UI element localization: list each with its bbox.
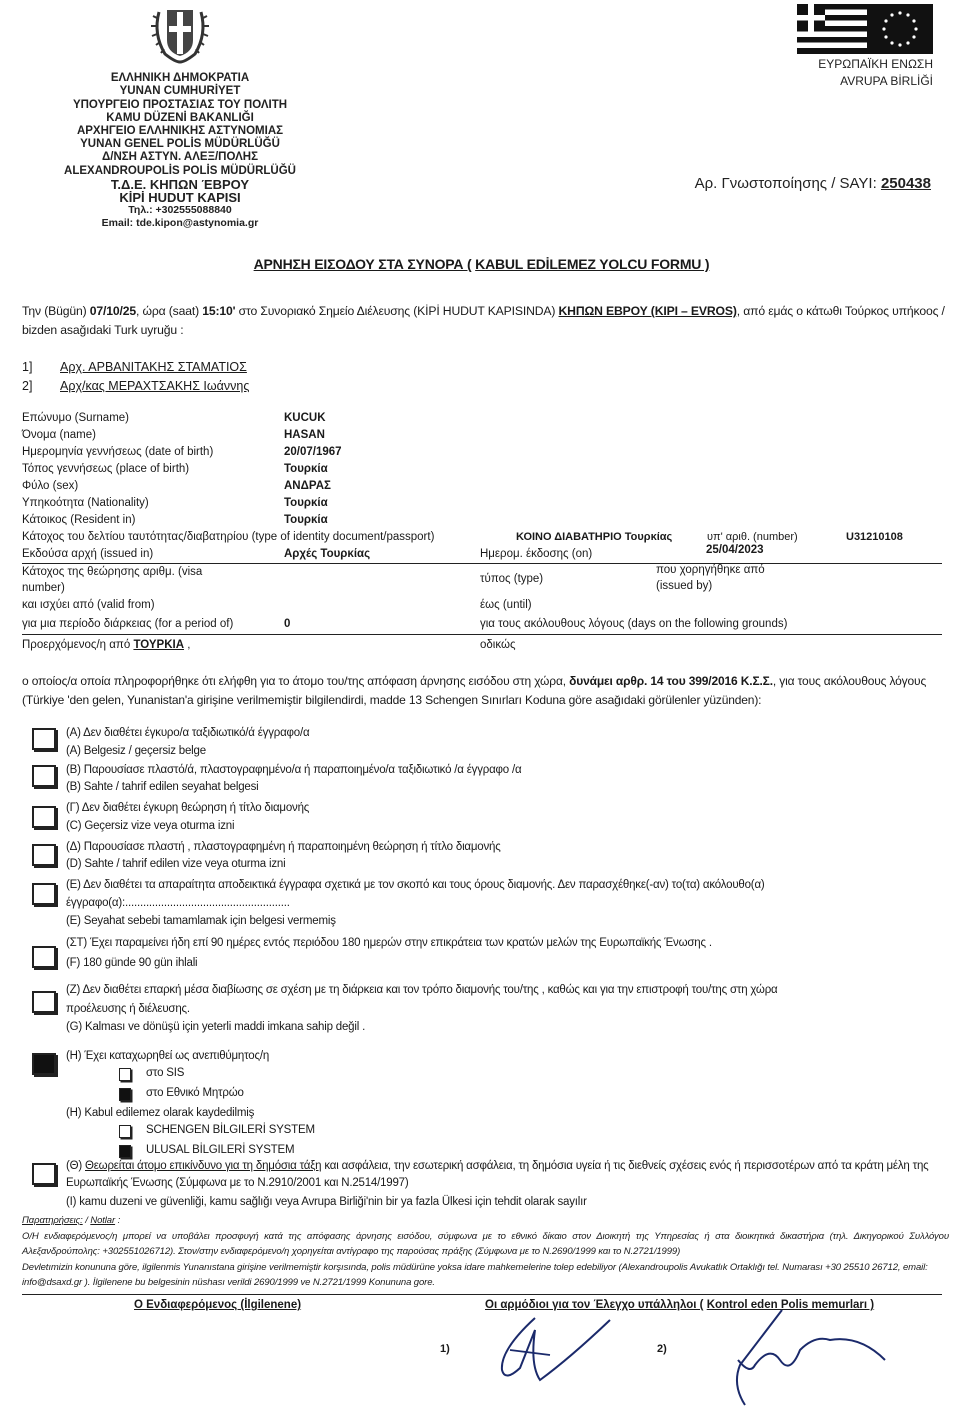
officer-1-signature-icon (490, 1310, 620, 1385)
reason-intro-text: ο οποίος/α οποία πληροφορήθηκε ότι ελήφθ… (22, 674, 569, 688)
officer-name: Αρχ/κας ΜΕΡΑΧΤΣΑΚΗΣ Ιωάννης (60, 379, 249, 393)
sex-value: ΑΝΔΡΑΣ (284, 478, 331, 495)
pob-label: Τόπος γεννήσεως (place of birth) (22, 461, 189, 478)
eu-logo: ΕΥΡΩΠΑΪΚΗ ΕΝΩΣΗ AVRUPA BİRLİĞİ (793, 4, 933, 88)
intro-date: 07/10/25 (90, 304, 136, 318)
intro-place: ΚΗΠΩΝ ΕΒΡΟΥ (ΚΙΡΙ – EVROS) (559, 304, 737, 318)
reason-b-greek: (Β) Παρουσίασε πλαστό/ά, πλαστογραφημένο… (66, 762, 521, 779)
document-title: ΑΡΝΗΣΗ ΕΙΣΟΔΟΥ ΣΤΑ ΣΥΝΟΡΑ ( KABUL EDİLEM… (0, 256, 963, 272)
header-email: Email: tde.kipon@astynomia.gr (30, 217, 330, 230)
period-label: για μια περίοδο διάρκειας (for a period … (22, 616, 233, 633)
reason-intro-paragraph: ο οποίος/α οποία πληροφορήθηκε ότι ελήφθ… (22, 672, 949, 710)
dob-value: 20/07/1967 (284, 444, 342, 461)
reason-a-checkbox[interactable] (32, 728, 56, 750)
period-value: 0 (284, 616, 290, 633)
interested-party-label: Ο Ενδιαφερόμενος (İlgilenene) (134, 1299, 301, 1311)
notes-greek-text: Ο/Η ενδιαφερόμενος/η μπορεί να υποβάλει … (22, 1229, 949, 1260)
reason-g-greek: (Ζ) Δεν διαθέτει επαρκή μέσα διαβίωσης σ… (66, 982, 777, 999)
notes-heading-end: : (115, 1215, 120, 1226)
header-line: Δ/ΝΣΗ ΑΣΤΥΝ. ΑΛΕΞ/ΠΟΛΗΣ (30, 151, 330, 164)
divider (22, 634, 942, 635)
title-turkish: KABUL EDİLEMEZ YOLCU FORMU ) (475, 256, 709, 272)
notes-heading: Παρατηρήσεις: / Notlar : (22, 1213, 949, 1229)
notes-heading-greek: Παρατηρήσεις: (22, 1215, 83, 1226)
officer-name: Αρχ. ΑΡΒΑΝΙΤΑΚΗΣ ΣΤΑΜΑΤΙΟΣ (60, 360, 247, 374)
schengen-system-label: SCHENGEN BİLGILERİ SYSTEM (146, 1122, 315, 1139)
resident-label: Κάτοικος (Resident in) (22, 512, 135, 529)
resident-value: Τουρκία (284, 512, 328, 529)
origin-value: ΤΟΥΡΚΙΑ (133, 639, 184, 651)
signature-2-index: 2) (657, 1343, 667, 1355)
document-number-value: U31210108 (846, 529, 903, 546)
reason-c-greek: (Γ) Δεν διαθέτει έγκυρη θεώρηση ή τίτλο … (66, 800, 309, 817)
notice-number-label: Αρ. Γνωστοποίησης / SAYI: (695, 175, 881, 192)
reason-c-checkbox[interactable] (32, 806, 56, 828)
notes-section: Παρατηρήσεις: / Notlar : Ο/Η ενδιαφερόμε… (22, 1213, 949, 1291)
notice-number: Αρ. Γνωστοποίησης / SAYI: 250438 (695, 175, 931, 192)
officer-item: 1]Αρχ. ΑΡΒΑΝΙΤΑΚΗΣ ΣΤΑΜΑΤΙΟΣ (22, 358, 249, 377)
reason-i-emphasis: Θεωρείται άτομο επικίνδυνο για τη δημόσι… (85, 1160, 321, 1172)
reason-f-greek: (ΣΤ) Έχει παραμείνει ήδη επί 90 ημέρες ε… (66, 935, 712, 952)
signature-1-index: 1) (440, 1343, 450, 1355)
header-line: ALEXANDROUPOLİS POLİS MÜDÜRLÜĞÜ (30, 165, 330, 178)
issued-in-value: Αρχές Τουρκίας (284, 546, 370, 563)
reason-a-greek: (Α) Δεν διαθέτει έγκυρο/α ταξιδιωτικό/ά … (66, 725, 309, 742)
reason-e-checkbox[interactable] (32, 883, 56, 905)
officer-2-signature-icon (720, 1305, 920, 1410)
officers-list: 1]Αρχ. ΑΡΒΑΝΙΤΑΚΗΣ ΣΤΑΜΑΤΙΟΣ 2]Αρχ/κας Μ… (22, 358, 249, 396)
reason-d-greek: (Δ) Παρουσίασε πλαστή , πλαστογραφημένη … (66, 839, 501, 856)
visa-type-label: τύπος (type) (480, 571, 543, 588)
intro-text: στο Συνοριακό Σημείο Διέλευσης (KİPİ HUD… (235, 304, 558, 318)
eu-flag-icon (867, 4, 933, 54)
route-value: οδικώς (480, 637, 515, 654)
grounds-label: για τους ακόλουθους λόγους (days on the … (480, 616, 787, 633)
reason-i-greek: (Θ) Θεωρείται άτομο επικίνδυνο για τη δη… (66, 1158, 949, 1192)
sex-label: Φύλο (sex) (22, 478, 78, 495)
reason-f-turkish: (F) 180 günde 90 gün ihlali (66, 955, 197, 972)
officer-index: 1] (22, 358, 60, 377)
visa-issued-by-label-cont: (issued by) (656, 578, 712, 595)
header-line: YUNAN GENEL POLİS MÜDÜRLÜĞÜ (30, 138, 330, 151)
issuing-authority-header: ΕΛΛΗΝΙΚΗ ΔΗΜΟΚΡΑΤΙΑ YUNAN CUMHURİYET ΥΠΟ… (30, 0, 330, 231)
national-register-checkbox[interactable] (119, 1088, 131, 1101)
intro-time: 15:10' (202, 304, 235, 318)
header-line: KİPİ HUDUT KAPISI (30, 191, 330, 204)
signature-divider (22, 1294, 942, 1295)
pob-value: Τουρκία (284, 461, 328, 478)
reason-d-checkbox[interactable] (32, 844, 56, 866)
dob-label: Ημερομηνία γεννήσεως (date of birth) (22, 444, 213, 461)
reason-b-turkish: (B) Sahte / tahrif edilen seyahat belges… (66, 779, 259, 796)
nationality-label: Υπηκοότητα (Nationality) (22, 495, 149, 512)
issue-date-label: Ημερομ. έκδοσης (on) (480, 546, 592, 563)
name-label: Όνομα (name) (22, 427, 96, 444)
surname-value: KUCUK (284, 410, 326, 427)
national-system-label: ULUSAL BİLGILERİ SYSTEM (146, 1142, 294, 1159)
title-greek: ΑΡΝΗΣΗ ΕΙΣΟΔΟΥ ΣΤΑ ΣΥΝΟΡΑ ( (254, 256, 472, 272)
header-phone: Τηλ.: +302555088840 (30, 204, 330, 217)
name-value: HASAN (284, 427, 325, 444)
intro-paragraph: Την (Bügün) 07/10/25, ώρα (saat) 15:10' … (22, 302, 949, 340)
officer-index: 2] (22, 377, 60, 396)
document-type-label: Κάτοχος του δελτίου ταυτότητας/διαβατηρί… (22, 529, 434, 546)
origin-label: Προερχόμενος/η από (22, 639, 133, 651)
visa-number-label: Κάτοχος της θεώρησης αριθμ. (visa (22, 564, 202, 581)
greek-flag-icon (797, 4, 867, 54)
reason-d-turkish: (D) Sahte / tahrif edilen vize veya otur… (66, 856, 285, 873)
until-label: έως (until) (480, 597, 532, 614)
header-line: KAMU DÜZENİ BAKANLIĞI (30, 112, 330, 125)
visa-issued-by-label: που χορηγήθηκε από (656, 562, 765, 579)
header-line: ΕΛΛΗΝΙΚΗ ΔΗΜΟΚΡΑΤΙΑ (30, 72, 330, 85)
header-line: ΑΡΧΗΓΕΙΟ ΕΛΛΗΝΙΚΗΣ ΑΣΤΥΝΟΜΙΑΣ (30, 125, 330, 138)
national-system-checkbox[interactable] (119, 1145, 131, 1158)
valid-from-label: και ισχύει από (valid from) (22, 597, 155, 614)
nationality-value: Τουρκία (284, 495, 328, 512)
visa-number-label-cont: number) (22, 580, 65, 597)
reason-e-greek-cont: έγγραφο(α):.............................… (66, 895, 290, 912)
surname-label: Επώνυμο (Surname) (22, 410, 129, 427)
header-line: ΥΠΟΥΡΓΕΙΟ ΠΡΟΣΤΑΣΙΑΣ ΤΟΥ ΠΟΛΙΤΗ (30, 99, 330, 112)
reason-h-turkish: (H) Kabul edilemez olarak kaydedilmiş (66, 1105, 254, 1122)
reason-e-greek: (Ε) Δεν διαθέτει τα απαραίτητα αποδεικτι… (66, 877, 765, 894)
legal-basis: δυνάμει αρθρ. 14 του 399/2016 Κ.Σ.Σ. (569, 674, 773, 688)
reason-e-turkish: (E) Seyahat sebebi tamamlamak için belge… (66, 913, 336, 930)
intro-text: , ώρα (saat) (136, 304, 202, 318)
notes-heading-turkish: Notlar (90, 1215, 115, 1226)
notice-number-value: 250438 (881, 175, 931, 192)
reason-i-prefix: (Θ) (66, 1160, 85, 1172)
issue-date-value: 25/04/2023 (706, 542, 764, 559)
origin-suffix: , (184, 639, 190, 651)
officer-item: 2]Αρχ/κας ΜΕΡΑΧΤΣΑΚΗΣ Ιωάννης (22, 377, 249, 396)
greek-coat-of-arms-icon (145, 4, 215, 64)
reason-i-turkish: (I) kamu duzeni ve güvenliği, kamu sağlı… (66, 1194, 587, 1211)
eu-label-turkish: AVRUPA BİRLİĞİ (793, 75, 933, 88)
reason-c-turkish: (C) Geçersiz vize veya oturma izni (66, 818, 234, 835)
issued-in-label: Εκδούσα αρχή (issued in) (22, 546, 153, 563)
sis-checkbox[interactable] (119, 1068, 131, 1081)
reason-i-checkbox[interactable] (32, 1163, 56, 1185)
notes-turkish-text: Devletımizin konununa göre, ilgilenmis Y… (22, 1260, 949, 1291)
reason-g-turkish: (G) Kalması ve dönüşü için yeterli maddi… (66, 1019, 365, 1036)
origin-row: Προερχόμενος/η από ΤΟΥΡΚΙΑ , (22, 637, 190, 654)
reason-a-turkish: (A) Belgesiz / geçersiz belge (66, 743, 206, 760)
reason-h-checkbox[interactable] (32, 1053, 56, 1075)
reason-g-checkbox[interactable] (32, 991, 56, 1013)
national-register-label: στο Εθνικό Μητρώο (146, 1085, 244, 1102)
schengen-system-checkbox[interactable] (119, 1125, 131, 1138)
eu-label-greek: ΕΥΡΩΠΑΪΚΗ ΕΝΩΣΗ (793, 58, 933, 71)
intro-text: Την (Bügün) (22, 304, 90, 318)
header-line: YUNAN CUMHURİYET (30, 85, 330, 98)
reason-g-greek-cont: προέλευσης ή διέλευσης. (66, 1001, 190, 1018)
reason-f-checkbox[interactable] (32, 946, 56, 968)
document-type-value: ΚΟΙΝΟ ΔΙΑΒΑΤΗΡΙΟ Τουρκίας (516, 529, 672, 546)
reason-h-greek: (Η) Έχει καταχωρηθεί ως ανεπιθύμητος/η (66, 1048, 269, 1065)
sis-label: στο SIS (146, 1065, 184, 1082)
reason-b-checkbox[interactable] (32, 765, 56, 787)
